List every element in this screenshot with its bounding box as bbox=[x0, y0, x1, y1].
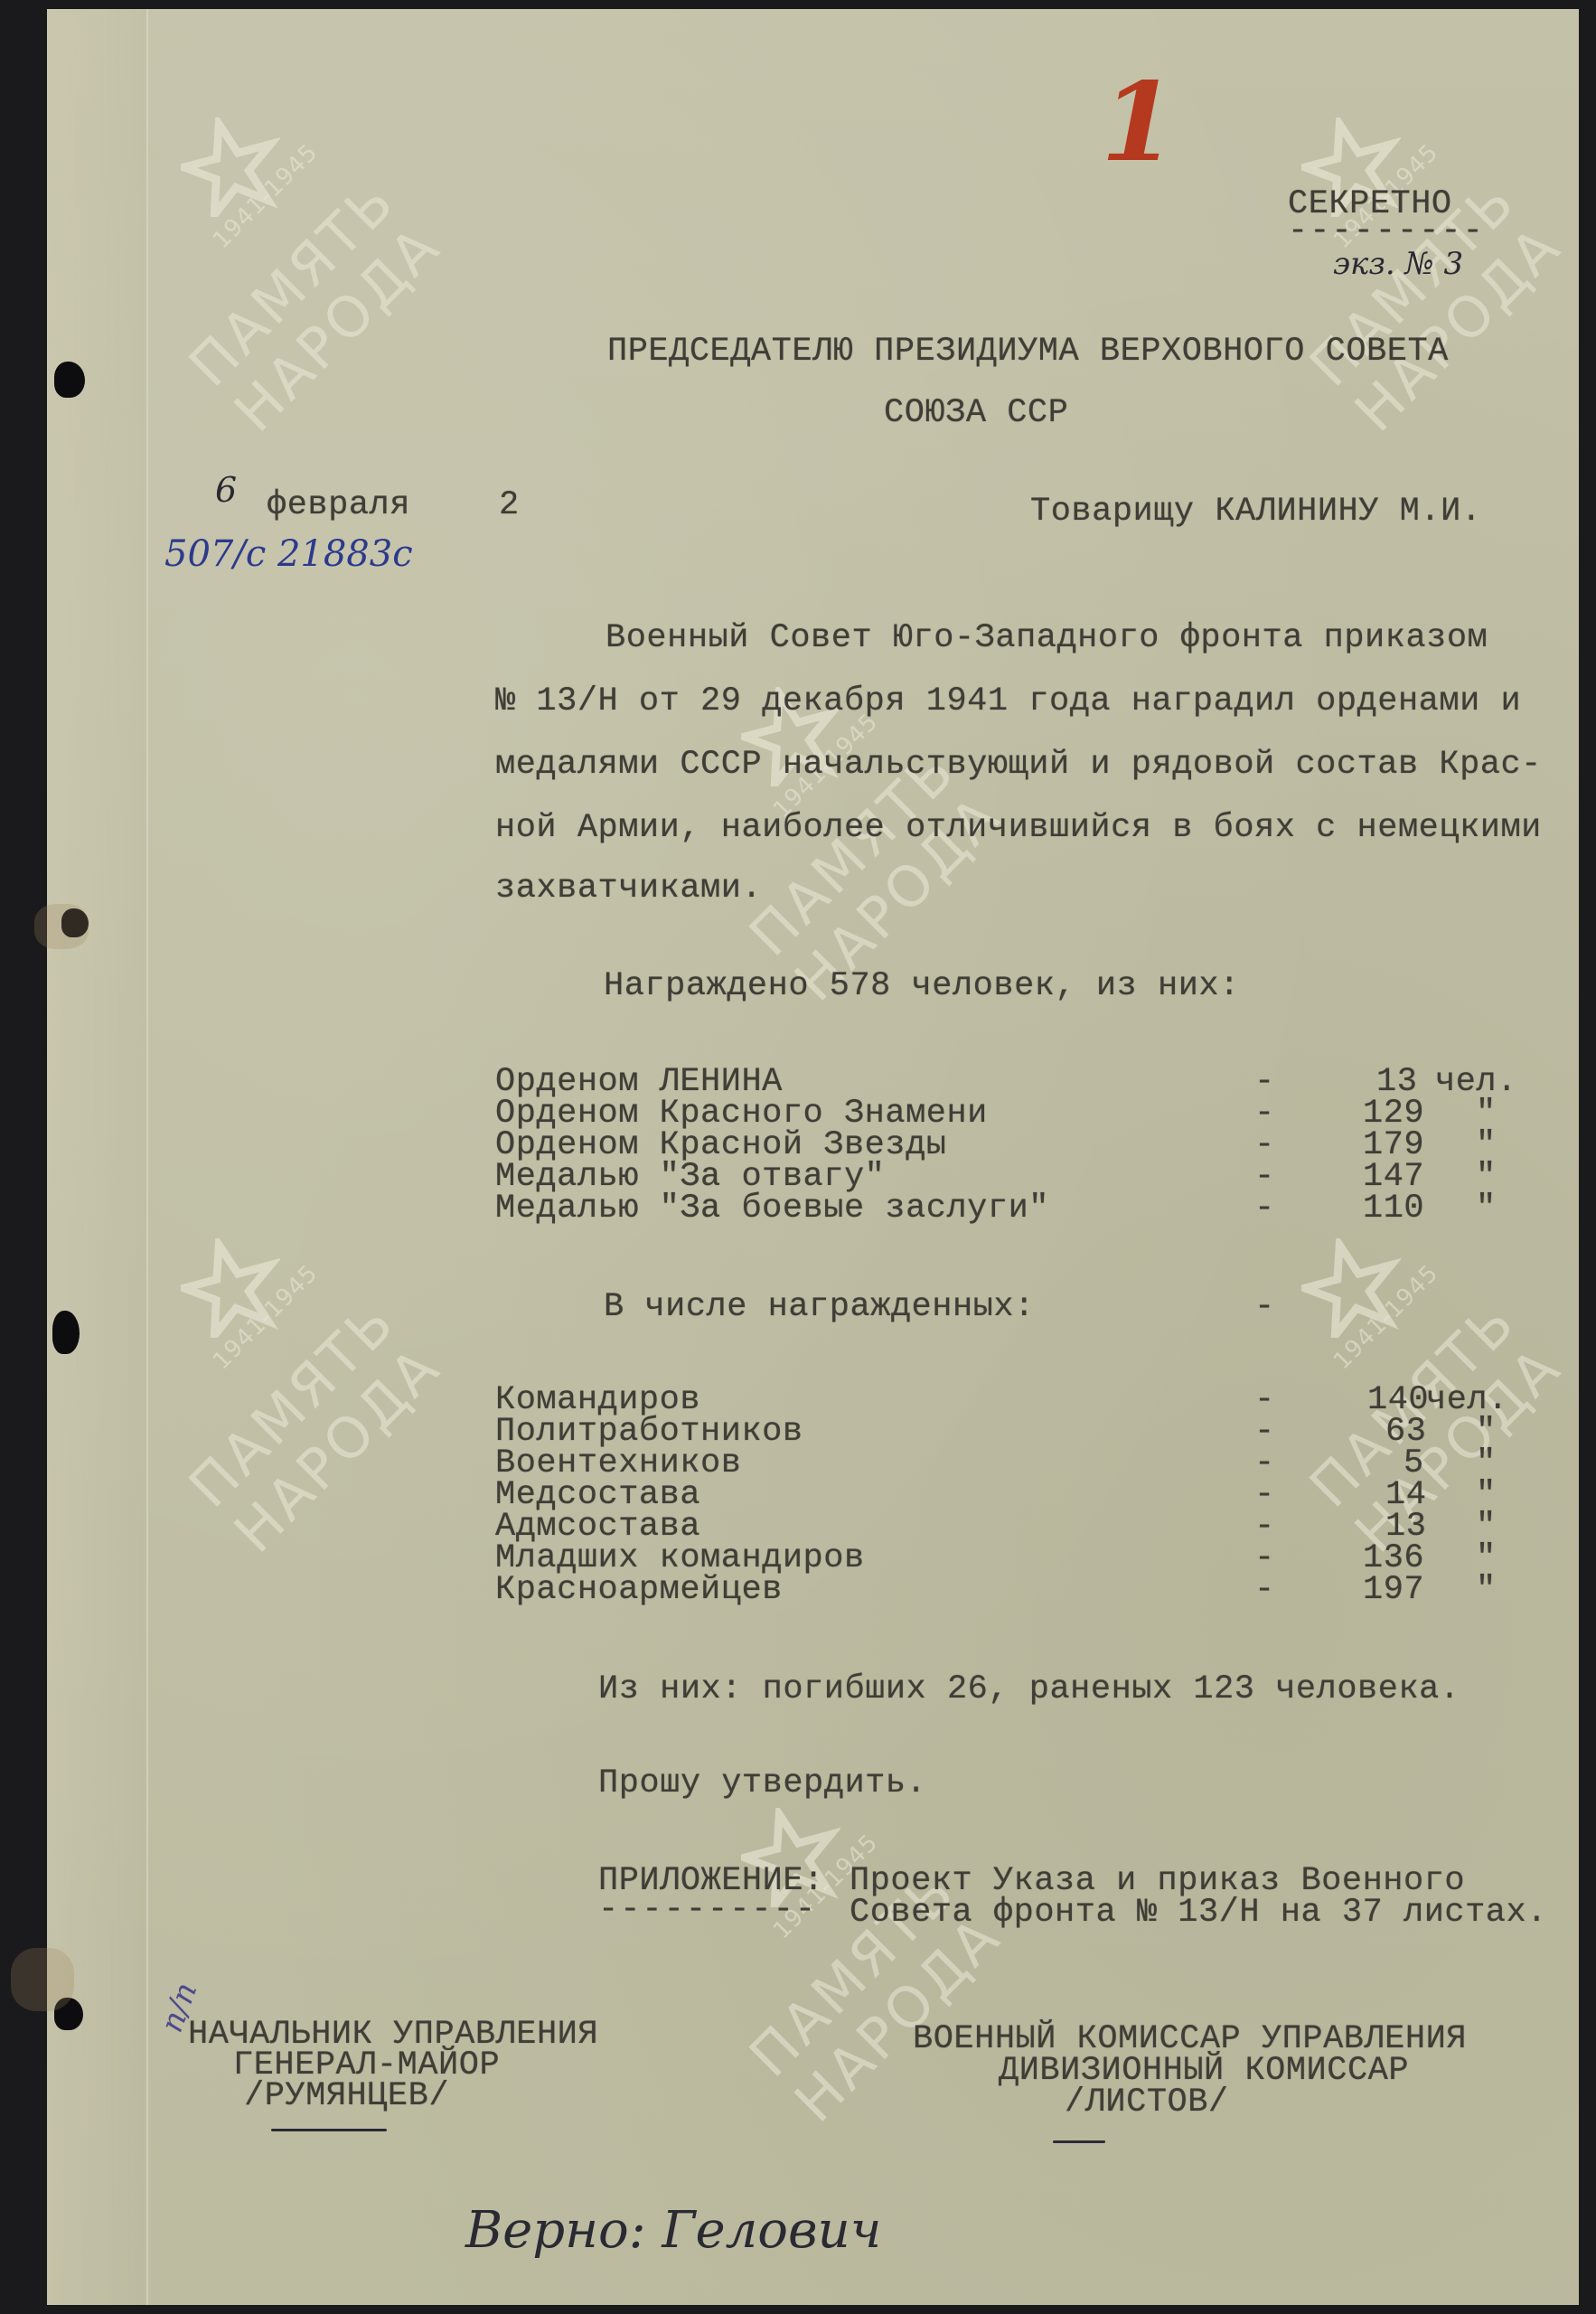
copy-number-note: экз. № 3 bbox=[1333, 246, 1463, 282]
paper-stain bbox=[11, 1948, 74, 2011]
classification-underline: --------- bbox=[1288, 212, 1485, 250]
paper-stain bbox=[34, 904, 89, 949]
category-count: 197 bbox=[1363, 1571, 1424, 1609]
body-line: № 13/Н от 29 декабря 1941 года наградил … bbox=[495, 682, 1521, 720]
category-dash: - bbox=[1254, 1571, 1275, 1609]
category-row: Младших командиров - 136 " bbox=[495, 1539, 1535, 1572]
body-line: захватчиками. bbox=[495, 870, 762, 908]
category-unit: " bbox=[1476, 1571, 1497, 1609]
award-row: Орденом ЛЕНИНА - 13 чел. bbox=[495, 1063, 1535, 1096]
category-row: Политработников - 63 " bbox=[495, 1413, 1535, 1445]
attachment-line2: Совета фронта № 13/Н на 37 листах. bbox=[850, 1894, 1547, 1932]
signatory-left-name: /РУМЯНЦЕВ/ bbox=[244, 2077, 449, 2115]
date-year: 2 bbox=[499, 486, 520, 524]
body-line: ной Армии, наиболее отличившийся в боях … bbox=[495, 809, 1542, 847]
award-row: Медалью "За отвагу" - 147 " bbox=[495, 1158, 1535, 1190]
award-unit: " bbox=[1476, 1190, 1497, 1228]
date-day-handwritten: 6 bbox=[215, 470, 237, 510]
category-label: Красноармейцев bbox=[495, 1571, 783, 1609]
award-row: Орденом Красной Звезды - 179 " bbox=[495, 1126, 1535, 1159]
category-row: Адмсостава - 13 " bbox=[495, 1508, 1535, 1540]
date-month: февраля bbox=[267, 486, 410, 524]
salutation: Товарищу КАЛИНИНУ М.И. bbox=[1030, 493, 1481, 531]
among-awarded-dash: - bbox=[1254, 1288, 1275, 1326]
award-row: Орденом Красного Знамени - 129 " bbox=[495, 1095, 1535, 1127]
category-row: Воентехников - 5 " bbox=[495, 1444, 1535, 1477]
body-line: Военный Совет Юго-Западного фронта прика… bbox=[606, 619, 1488, 657]
registration-number: 507/с 21883с bbox=[164, 533, 413, 575]
category-row: Красноармейцев - 197 " bbox=[495, 1571, 1535, 1604]
award-dash: - bbox=[1254, 1190, 1275, 1228]
page-number-mark: 1 bbox=[1101, 59, 1177, 186]
request-line: Прошу утвердить. bbox=[598, 1764, 926, 1802]
addressee-title-line1: ПРЕДСЕДАТЕЛЮ ПРЕЗИДИУМА ВЕРХОВНОГО СОВЕТ… bbox=[607, 333, 1449, 371]
award-row: Медалью "За боевые заслуги" - 110 " bbox=[495, 1190, 1535, 1222]
addressee-title-line2: СОЮЗА ССР bbox=[884, 394, 1068, 432]
signature-underline bbox=[271, 2129, 387, 2131]
category-row: Командиров - 140 чел. bbox=[495, 1381, 1535, 1414]
award-count: 110 bbox=[1363, 1190, 1424, 1228]
among-awarded-heading: В числе награжденных: bbox=[604, 1288, 1035, 1326]
signatory-right-name: /ЛИСТОВ/ bbox=[1065, 2084, 1229, 2121]
signature-underline bbox=[1053, 2140, 1105, 2143]
category-row: Медсостава - 14 " bbox=[495, 1476, 1535, 1509]
certification-handwritten: Верно: Гелович bbox=[465, 2201, 882, 2260]
attachment-underline: ---------- bbox=[598, 1891, 817, 1929]
body-line: медалями СССР начальствующий и рядовой с… bbox=[495, 746, 1542, 784]
casualties-line: Из них: погибших 26, раненых 123 человек… bbox=[598, 1670, 1460, 1708]
award-label: Медалью "За боевые заслуги" bbox=[495, 1190, 1049, 1228]
punch-hole bbox=[52, 1311, 80, 1354]
awarded-total-line: Награждено 578 человек, из них: bbox=[604, 967, 1240, 1005]
punch-hole bbox=[54, 362, 85, 398]
